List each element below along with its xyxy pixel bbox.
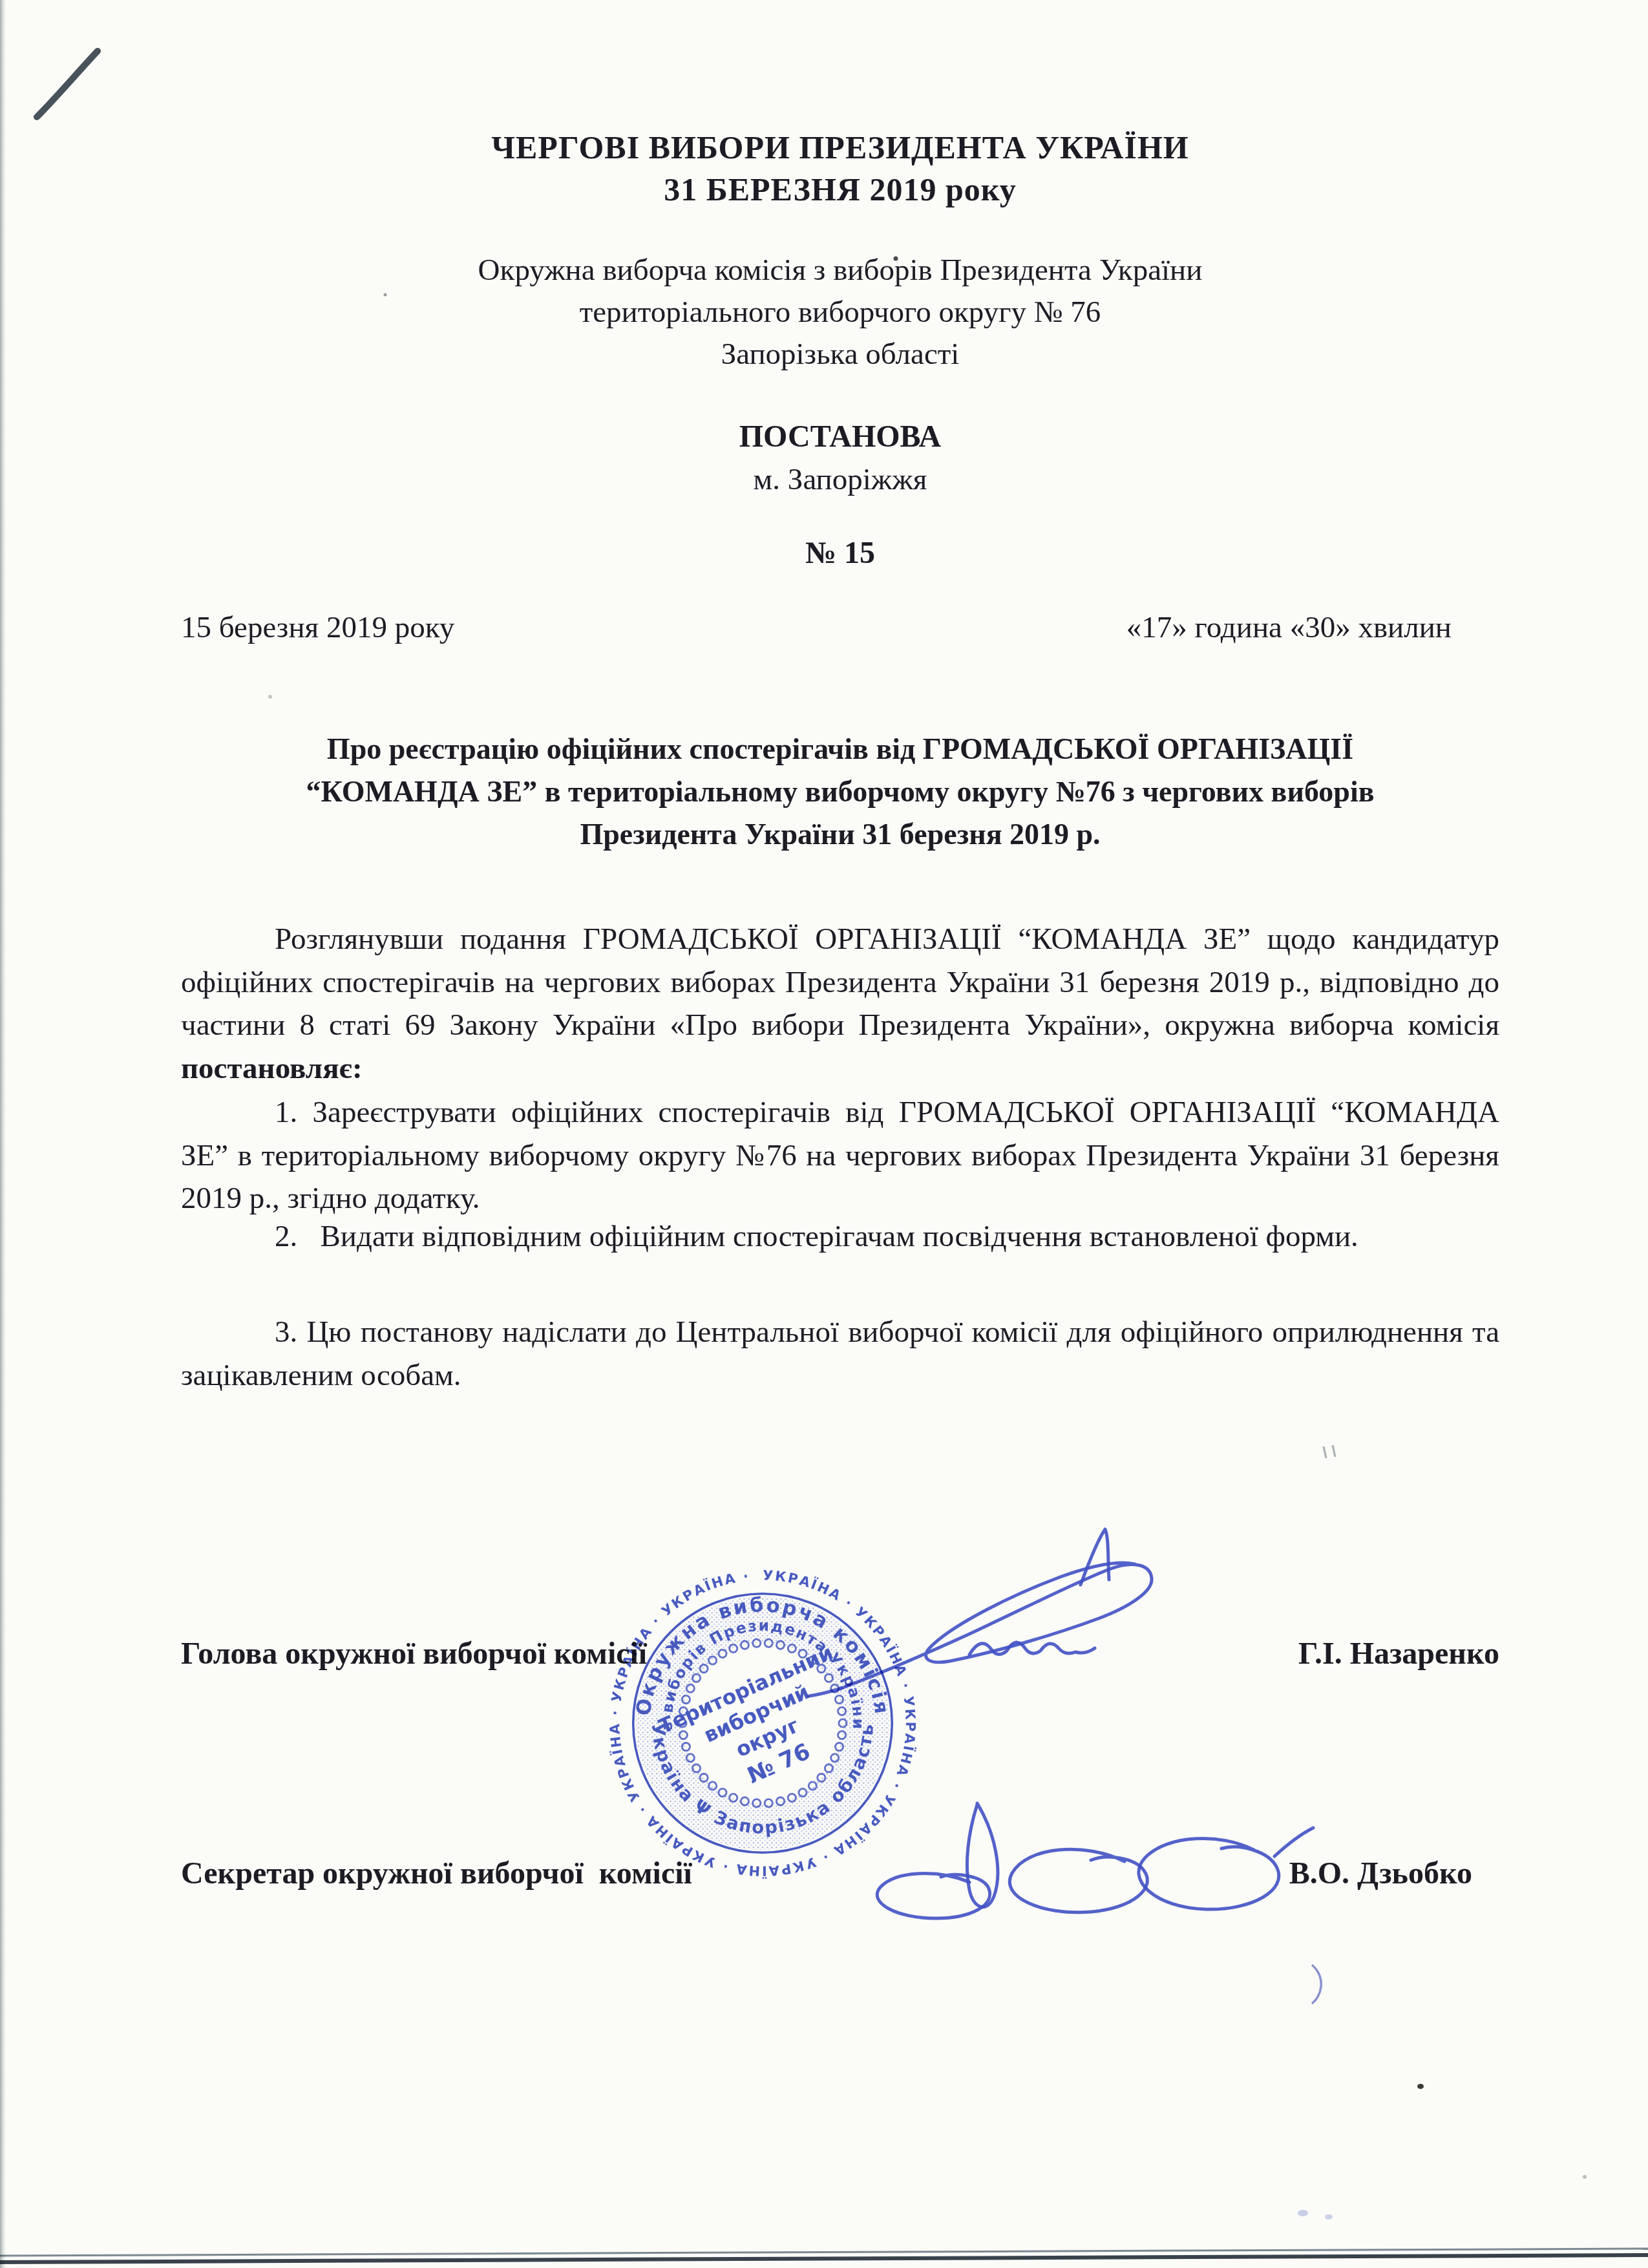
- intro-bold: постановляє:: [181, 1052, 363, 1085]
- pen-slash-mark: [37, 51, 98, 117]
- doc-type-label: ПОСТАНОВА: [181, 418, 1499, 456]
- resolution-item-2: 2. Видати відповідним офіційним спостері…: [181, 1215, 1499, 1258]
- head-role-label: Голова окружної виборчої комісії: [181, 1635, 647, 1673]
- org-line-2: територіального виборчого округу № 76: [181, 291, 1499, 334]
- scan-left-edge-shadow: [0, 0, 6, 2268]
- document-title: ЧЕРГОВІ ВИБОРИ ПРЕЗИДЕНТА УКРАЇНИ 31 БЕР…: [181, 127, 1499, 211]
- head-name: Г.І. Назаренко: [1298, 1635, 1499, 1673]
- intro-text: Розглянувши подання ГРОМАДСЬКОЇ ОРГАНІЗА…: [181, 922, 1499, 1042]
- date-time-row: 15 березня 2019 року «17» година «30» хв…: [181, 608, 1499, 647]
- title-line-1: ЧЕРГОВІ ВИБОРИ ПРЕЗИДЕНТА УКРАЇНИ: [181, 127, 1499, 169]
- doc-time: «17» година «30» хвилин: [1126, 608, 1452, 647]
- scan-bottom-edge-lines: [0, 2249, 1648, 2262]
- secretary-name: В.О. Дзьобко: [1289, 1855, 1472, 1892]
- intro-paragraph: Розглянувши подання ГРОМАДСЬКОЇ ОРГАНІЗА…: [181, 918, 1499, 1090]
- subject-line-2: “КОМАНДА ЗЕ” в територіальному виборчому…: [181, 770, 1499, 813]
- org-line-1: Окружна виборча комісія з виборів Презид…: [181, 249, 1499, 291]
- resolution-item-1: 1. Зареєструвати офіційних спостерігачів…: [181, 1091, 1499, 1220]
- doc-date: 15 березня 2019 року: [181, 608, 454, 647]
- org-line-3: Запорізька області: [181, 334, 1499, 376]
- doc-number: № 15: [181, 534, 1499, 573]
- subject-line-1: Про реєстрацію офіційних спостерігачів в…: [181, 728, 1499, 770]
- subject-line-3: Президента України 31 березня 2019 р.: [181, 813, 1499, 856]
- subject-heading: Про реєстрацію офіційних спостерігачів в…: [181, 728, 1499, 856]
- title-line-2: 31 БЕРЕЗНЯ 2019 року: [181, 169, 1499, 211]
- issuing-commission: Окружна виборча комісія з виборів Презид…: [181, 249, 1499, 376]
- doc-place: м. Запоріжжя: [181, 460, 1499, 499]
- resolution-item-3: 3. Цю постанову надіслати до Центральної…: [181, 1311, 1499, 1397]
- scanned-document-page: ЧЕРГОВІ ВИБОРИ ПРЕЗИДЕНТА УКРАЇНИ 31 БЕР…: [0, 0, 1648, 2268]
- official-round-stamp: УКРАЇНА · УКРАЇНА · УКРАЇНА · УКРАЇНА · …: [605, 1565, 920, 1881]
